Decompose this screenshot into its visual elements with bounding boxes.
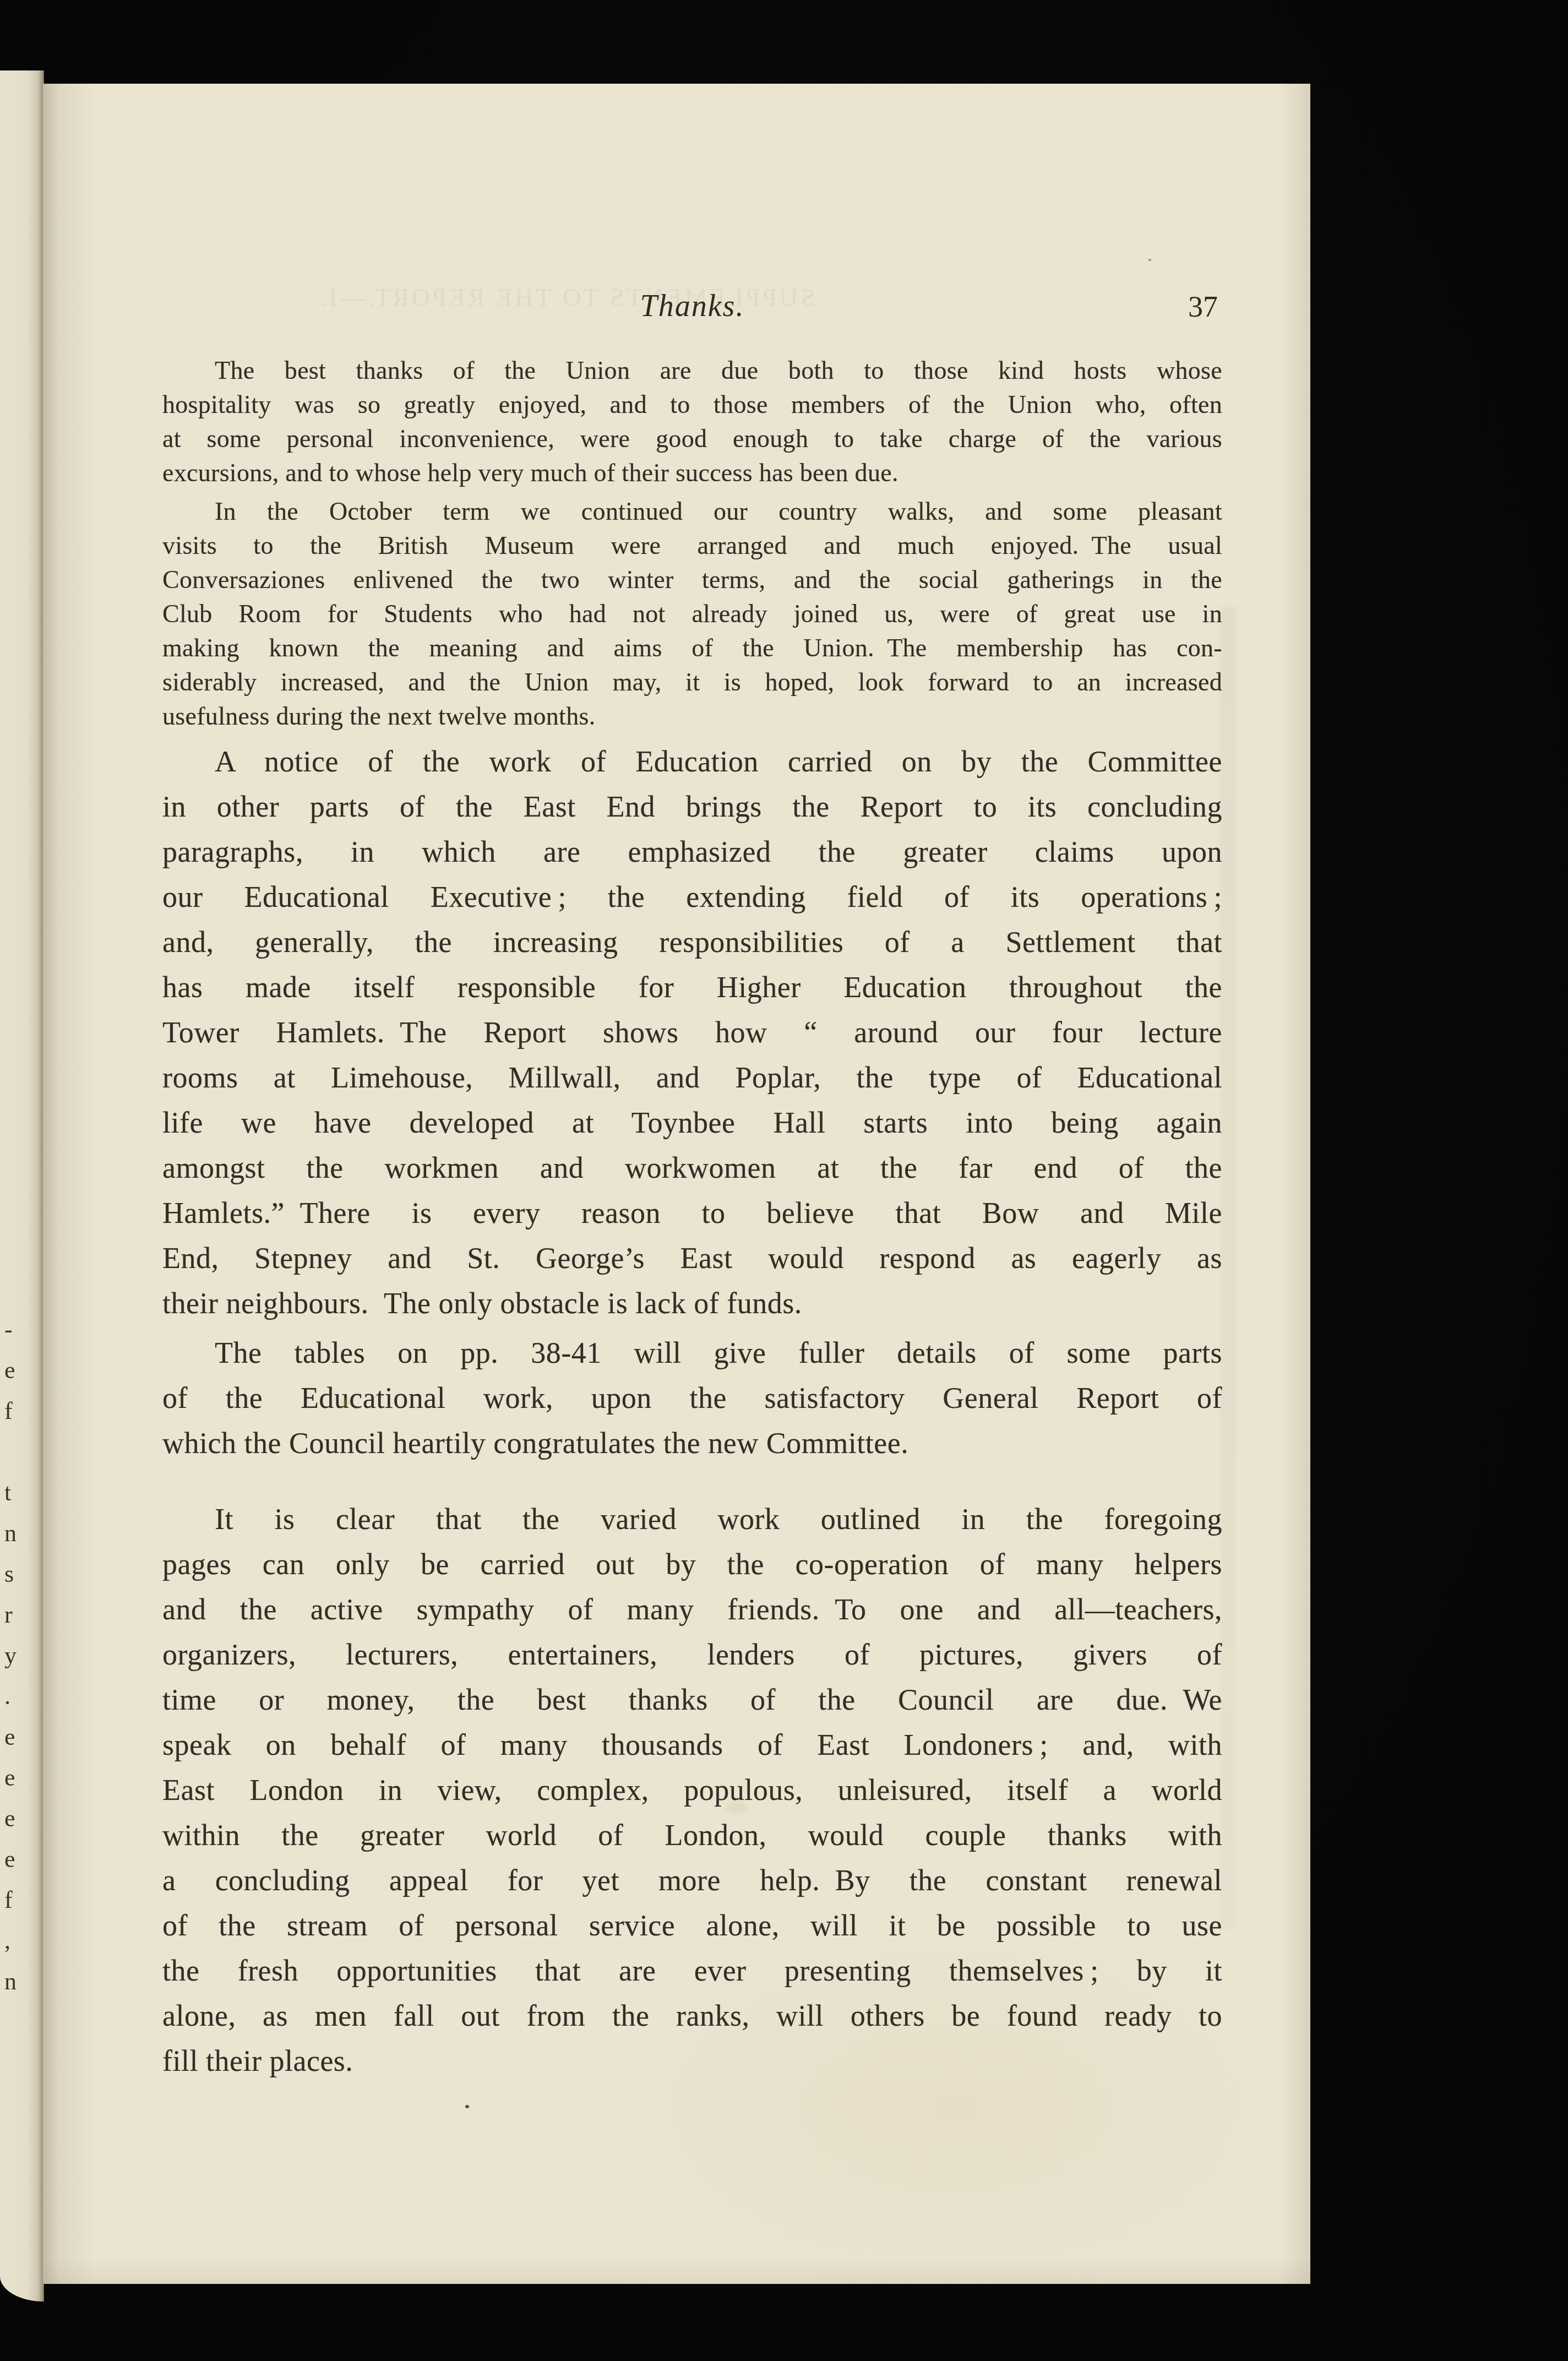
edge-letter-fragment: n bbox=[4, 1513, 33, 1554]
text-line: rooms at Limehouse, Millwall, and Poplar… bbox=[162, 1055, 1222, 1100]
paragraph: A notice of the work of Education carrie… bbox=[162, 739, 1222, 1326]
text-line: pages can only be carried out by the co-… bbox=[162, 1542, 1222, 1587]
text-line: time or money, the best thanks of the Co… bbox=[162, 1677, 1222, 1722]
edge-letter-fragment: e bbox=[4, 1798, 33, 1839]
text-line: and the active sympathy of many friends.… bbox=[162, 1587, 1222, 1632]
text-line: fill their places. bbox=[162, 2038, 1222, 2083]
paper-stain bbox=[726, 1802, 748, 1814]
showthrough-band bbox=[1221, 607, 1236, 1928]
text-line: visits to the British Museum were arrang… bbox=[162, 529, 1222, 563]
edge-letter-fragment: e bbox=[4, 1717, 33, 1758]
edge-letter-fragment: . bbox=[4, 1676, 33, 1717]
paper-stain bbox=[341, 1400, 349, 1406]
edge-letter-fragment: f bbox=[4, 1391, 33, 1432]
text-line: life we have developed at Toynbee Hall s… bbox=[162, 1100, 1222, 1145]
paragraph: The best thanks of the Union are due bot… bbox=[162, 353, 1222, 490]
text-line: which the Council heartily congratulates… bbox=[162, 1421, 1222, 1466]
text-line: End, Stepney and St. George’s East would… bbox=[162, 1236, 1222, 1281]
text-line: within the greater world of London, woul… bbox=[162, 1813, 1222, 1858]
edge-letter-fragment: t bbox=[4, 1472, 33, 1513]
page-number: 37 bbox=[1188, 290, 1218, 324]
text-line: The best thanks of the Union are due bot… bbox=[162, 353, 1222, 388]
facing-page-edge: -eftnsry.eeeef,n bbox=[0, 70, 44, 2302]
text-line: has made itself responsible for Higher E… bbox=[162, 965, 1222, 1010]
edge-letter-fragment: y bbox=[4, 1635, 33, 1676]
facing-page-text-fragments: -eftnsry.eeeef,n bbox=[4, 1309, 33, 2002]
text-line: It is clear that the varied work outline… bbox=[162, 1497, 1222, 1542]
text-line: the fresh opportunities that are ever pr… bbox=[162, 1948, 1222, 1993]
paragraph: It is clear that the varied work outline… bbox=[162, 1497, 1222, 2083]
book-page: SUPPLEMENTS TO THE REPORT.—I. Thanks. 37… bbox=[43, 84, 1310, 2284]
text-line: A notice of the work of Education carrie… bbox=[162, 739, 1222, 784]
text-line: our Educational Executive ; the extendin… bbox=[162, 874, 1222, 920]
paragraph: In the October term we continued our cou… bbox=[162, 494, 1222, 733]
text-line: of the Educational work, upon the satisf… bbox=[162, 1375, 1222, 1421]
text-line: Tower Hamlets. The Report shows how “ ar… bbox=[162, 1010, 1222, 1055]
running-head-title: Thanks. bbox=[162, 289, 1222, 324]
edge-letter-fragment: - bbox=[4, 1309, 33, 1350]
text-line: paragraphs, in which are emphasized the … bbox=[162, 829, 1222, 874]
text-line: organizers, lecturers, entertainers, len… bbox=[162, 1632, 1222, 1677]
text-line: amongst the workmen and workwomen at the… bbox=[162, 1145, 1222, 1190]
edge-letter-fragment: e bbox=[4, 1758, 33, 1798]
ink-speck bbox=[465, 2105, 469, 2108]
ink-speck bbox=[1148, 259, 1151, 261]
text-line: The tables on pp. 38-41 will give fuller… bbox=[162, 1330, 1222, 1375]
text-line: in other parts of the East End brings th… bbox=[162, 784, 1222, 829]
text-line: at some personal inconvenience, were goo… bbox=[162, 422, 1222, 456]
text-line: East London in view, complex, populous, … bbox=[162, 1767, 1222, 1813]
edge-letter-fragment: e bbox=[4, 1839, 33, 1880]
text-line: Conversaziones enlivened the two winter … bbox=[162, 563, 1222, 597]
running-head: Thanks. 37 bbox=[162, 289, 1222, 327]
text-line: and, generally, the increasing responsib… bbox=[162, 920, 1222, 965]
text-line: their neighbours. The only obstacle is l… bbox=[162, 1281, 1222, 1326]
text-line: Club Room for Students who had not alrea… bbox=[162, 597, 1222, 631]
text-line: In the October term we continued our cou… bbox=[162, 494, 1222, 529]
text-line: a concluding appeal for yet more help. B… bbox=[162, 1858, 1222, 1903]
text-line: Hamlets.” There is every reason to belie… bbox=[162, 1190, 1222, 1236]
edge-letter-fragment: n bbox=[4, 1961, 33, 2002]
book-scan-photo: -eftnsry.eeeef,n SUPPLEMENTS TO THE REPO… bbox=[0, 0, 1568, 2361]
ink-speck bbox=[772, 905, 775, 907]
edge-letter-fragment: , bbox=[4, 1921, 33, 1961]
edge-letter-fragment: s bbox=[4, 1554, 33, 1595]
text-block: The best thanks of the Union are due bot… bbox=[162, 353, 1222, 2083]
text-line: hospitality was so greatly enjoyed, and … bbox=[162, 388, 1222, 422]
text-line: siderably increased, and the Union may, … bbox=[162, 665, 1222, 699]
text-line: speak on behalf of many thousands of Eas… bbox=[162, 1722, 1222, 1767]
text-line: making known the meaning and aims of the… bbox=[162, 631, 1222, 665]
text-line: usefulness during the next twelve months… bbox=[162, 699, 1222, 733]
text-line: alone, as men fall out from the ranks, w… bbox=[162, 1993, 1222, 2038]
edge-letter-fragment: r bbox=[4, 1595, 33, 1635]
edge-letter-fragment: f bbox=[4, 1880, 33, 1921]
edge-letter-fragment: e bbox=[4, 1350, 33, 1391]
text-line: of the stream of personal service alone,… bbox=[162, 1903, 1222, 1948]
paragraph: The tables on pp. 38-41 will give fuller… bbox=[162, 1330, 1222, 1466]
text-line: excursions, and to whose help very much … bbox=[162, 456, 1222, 490]
edge-letter-fragment bbox=[4, 1432, 33, 1472]
